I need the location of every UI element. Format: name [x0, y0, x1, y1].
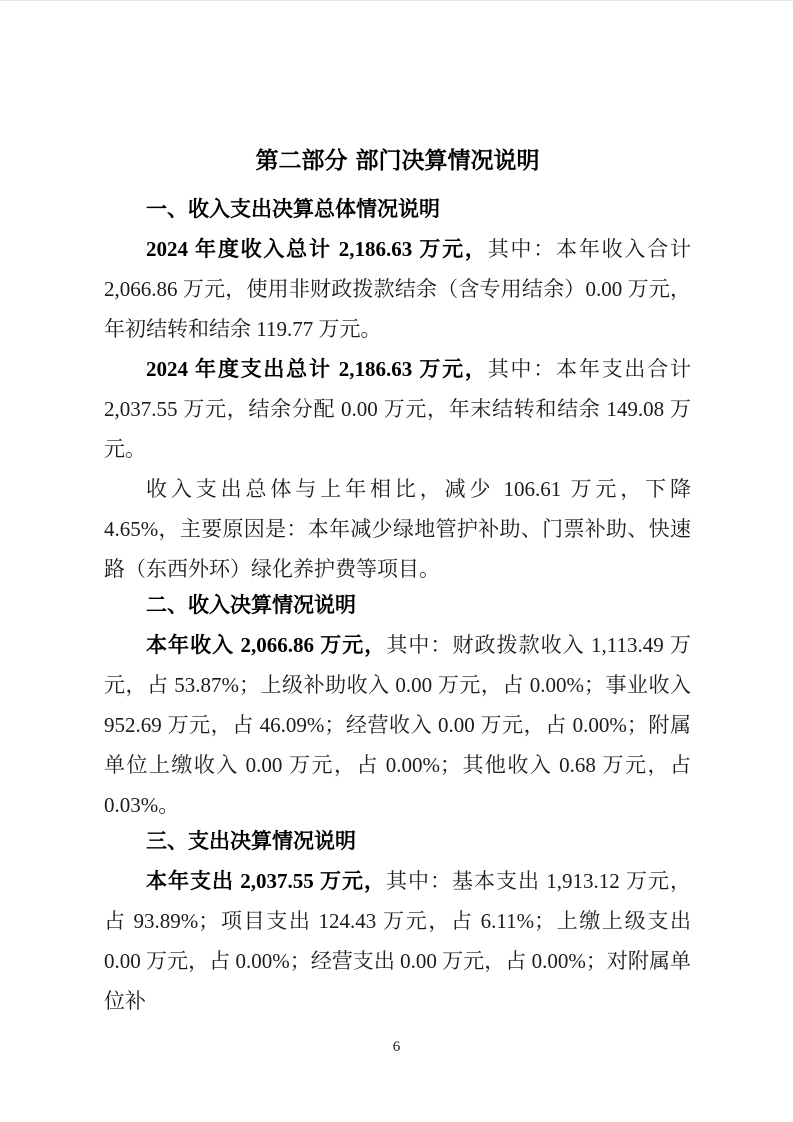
- page-content: 第二部分 部门决算情况说明 一、收入支出决算总体情况说明 2024 年度收入总计…: [0, 1, 793, 1021]
- page-title: 第二部分 部门决算情况说明: [104, 141, 691, 181]
- paragraph-text: 收入支出总体与上年相比，减少 106.61 万元，下降 4.65%，主要原因是：…: [104, 477, 691, 581]
- section-income-expenditure-overview: 一、收入支出决算总体情况说明 2024 年度收入总计 2,186.63 万元，其…: [104, 189, 691, 589]
- paragraph-total-income: 2024 年度收入总计 2,186.63 万元，其中：本年收入合计 2,066.…: [104, 229, 691, 349]
- paragraph-expenditure-breakdown: 本年支出 2,037.55 万元，其中：基本支出 1,913.12 万元，占 9…: [104, 861, 691, 1021]
- paragraph-lead-bold: 2024 年度支出总计 2,186.63 万元，: [146, 357, 488, 381]
- section-income-details: 二、收入决算情况说明 本年收入 2,066.86 万元，其中：财政拨款收入 1,…: [104, 585, 691, 825]
- section-heading-3: 三、支出决算情况说明: [104, 821, 691, 861]
- paragraph-lead-bold: 本年收入 2,066.86 万元，: [146, 633, 386, 657]
- paragraph-text: 其中：财政拨款收入 1,113.49 万元，占 53.87%；上级补助收入 0.…: [104, 633, 691, 817]
- paragraph-lead-bold: 2024 年度收入总计 2,186.63 万元，: [146, 237, 488, 261]
- section-heading-2: 二、收入决算情况说明: [104, 585, 691, 625]
- paragraph-total-expenditure: 2024 年度支出总计 2,186.63 万元，其中：本年支出合计 2,037.…: [104, 349, 691, 469]
- paragraph-income-breakdown: 本年收入 2,066.86 万元，其中：财政拨款收入 1,113.49 万元，占…: [104, 625, 691, 825]
- section-heading-1: 一、收入支出决算总体情况说明: [104, 189, 691, 229]
- paragraph-lead-bold: 本年支出 2,037.55 万元，: [146, 869, 386, 893]
- paragraph-year-comparison: 收入支出总体与上年相比，减少 106.61 万元，下降 4.65%，主要原因是：…: [104, 469, 691, 589]
- page-number: 6: [0, 1037, 793, 1057]
- document-page: 第二部分 部门决算情况说明 一、收入支出决算总体情况说明 2024 年度收入总计…: [0, 0, 793, 1122]
- section-expenditure-details: 三、支出决算情况说明 本年支出 2,037.55 万元，其中：基本支出 1,91…: [104, 821, 691, 1021]
